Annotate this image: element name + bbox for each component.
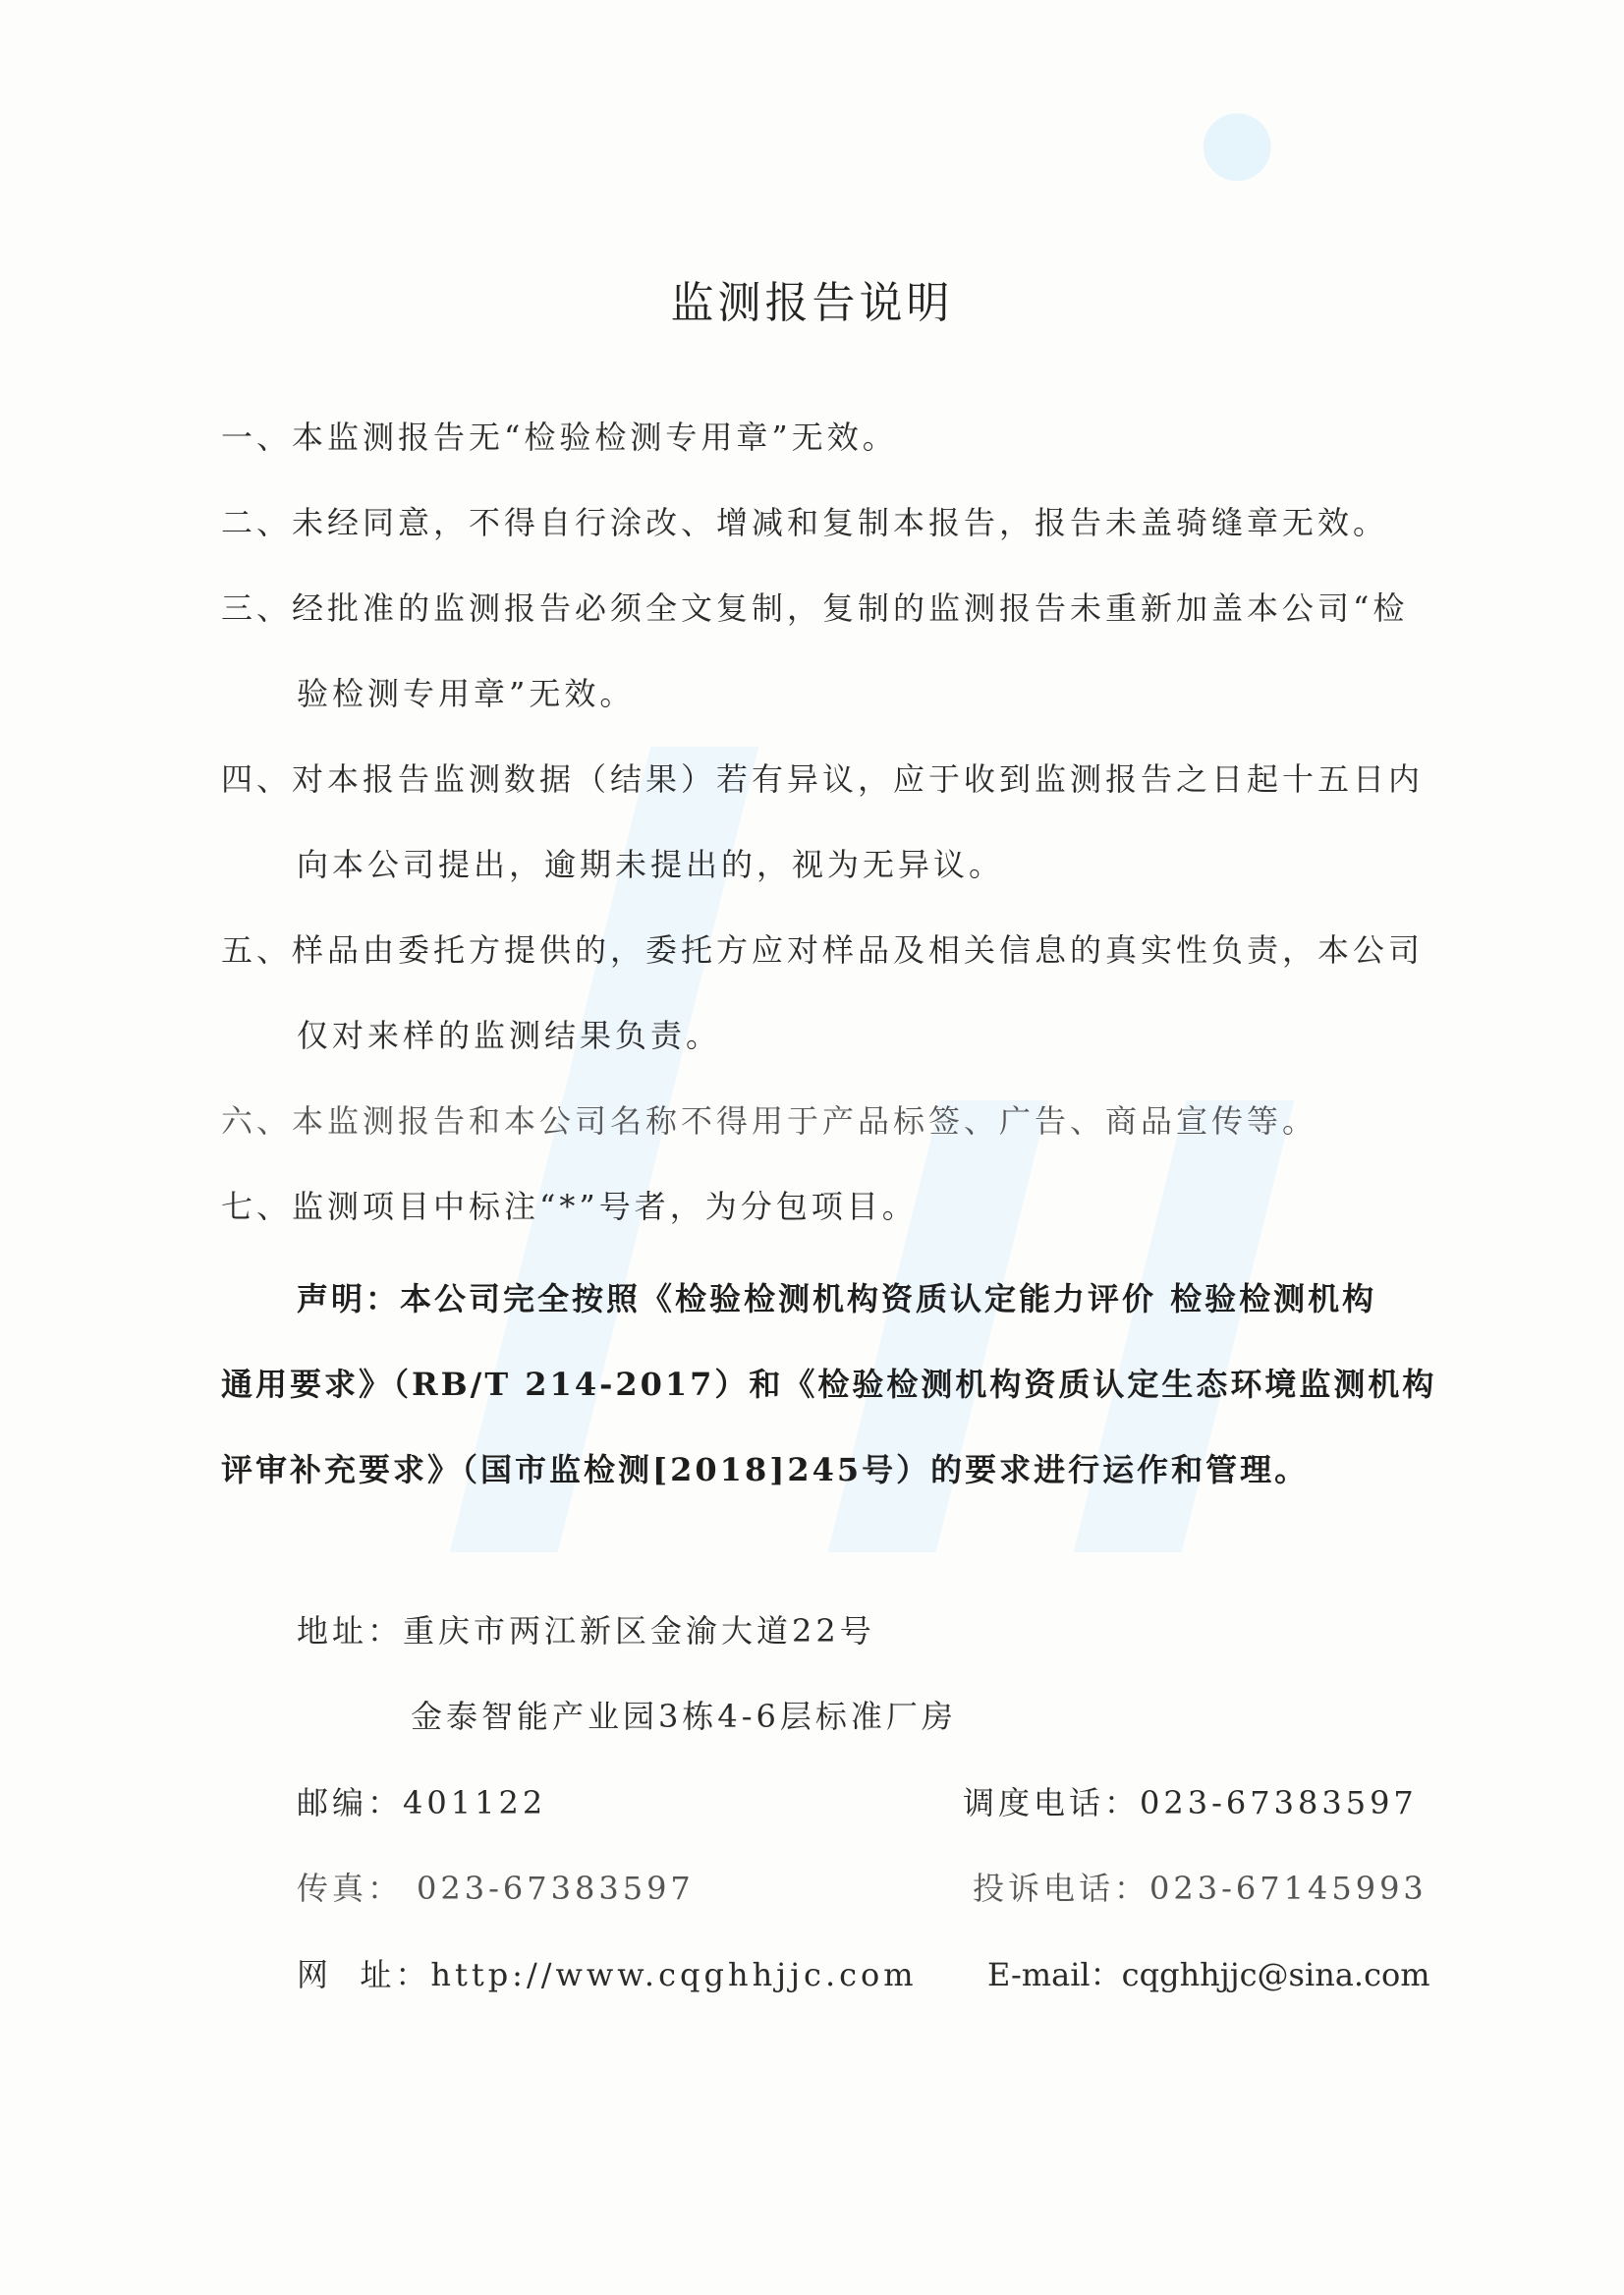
- page-title: 监测报告说明: [0, 267, 1624, 330]
- email-link[interactable]: cqghhjjc@sina.com: [1122, 1956, 1430, 1993]
- complaint-phone-label: 投诉电话：: [973, 1870, 1149, 1907]
- item-4: 四、对本报告监测数据（结果）若有异议，应于收到监测报告之日起十五日内: [221, 755, 1424, 800]
- website-row: 网 址：http://www.cqghhjjc.com: [297, 1950, 918, 1995]
- address-label: 地址：: [297, 1612, 403, 1650]
- item-5-cont: 仅对来样的监测结果负责。: [297, 1011, 721, 1056]
- complaint-phone-value: 023-67145993: [1149, 1870, 1428, 1907]
- dispatch-phone-label: 调度电话：: [963, 1784, 1140, 1821]
- dispatch-phone-row: 调度电话：023-67383597: [963, 1778, 1418, 1823]
- address-line-2: 金泰智能产业园3栋4-6层标准厂房: [411, 1692, 957, 1737]
- item-6: 六、本监测报告和本公司名称不得用于产品标签、广告、商品宣传等。: [221, 1096, 1317, 1142]
- website-link[interactable]: http://www.cqghhjjc.com: [430, 1956, 917, 1993]
- email-label: E-mail：: [987, 1956, 1122, 1993]
- address-line-1: 重庆市两江新区金渝大道22号: [403, 1612, 875, 1650]
- dispatch-phone-value: 023-67383597: [1140, 1784, 1418, 1821]
- item-4-cont: 向本公司提出，逾期未提出的，视为无异议。: [297, 840, 1004, 885]
- postcode-row: 邮编：401122: [297, 1778, 546, 1823]
- statement-line-3: 评审补充要求》（国市监检测[2018]245号）的要求进行运作和管理。: [221, 1445, 1309, 1490]
- postcode-label: 邮编：: [297, 1784, 403, 1821]
- item-1: 一、本监测报告无“检验检测专用章”无效。: [221, 413, 898, 458]
- fax-row: 传真：023-67383597: [297, 1864, 695, 1909]
- email-row: E-mail：cqghhjjc@sina.com: [987, 1950, 1430, 1995]
- item-5: 五、样品由委托方提供的，委托方应对样品及相关信息的真实性负责，本公司: [221, 925, 1424, 971]
- watermark-logo: ●: [1199, 88, 1276, 192]
- statement-line-2: 通用要求》（RB/T 214-2017）和《检验检测机构资质认定生态环境监测机构: [221, 1360, 1436, 1405]
- fax-value: 023-67383597: [417, 1870, 695, 1907]
- item-7: 七、监测项目中标注“*”号者，为分包项目。: [221, 1182, 918, 1227]
- statement-line-1: 声明：本公司完全按照《检验检测机构资质认定能力评价 检验检测机构: [297, 1274, 1376, 1319]
- address-row: 地址：重庆市两江新区金渝大道22号: [297, 1606, 875, 1651]
- item-3-cont: 验检测专用章”无效。: [297, 669, 635, 714]
- complaint-phone-row: 投诉电话：023-67145993: [973, 1864, 1428, 1909]
- postcode-value: 401122: [403, 1784, 546, 1821]
- fax-label: 传真：: [297, 1870, 403, 1907]
- website-label: 网 址：: [297, 1956, 430, 1993]
- item-2: 二、未经同意，不得自行涂改、增减和复制本报告，报告未盖骑缝章无效。: [221, 498, 1388, 543]
- item-3: 三、经批准的监测报告必须全文复制，复制的监测报告未重新加盖本公司“检: [221, 584, 1408, 629]
